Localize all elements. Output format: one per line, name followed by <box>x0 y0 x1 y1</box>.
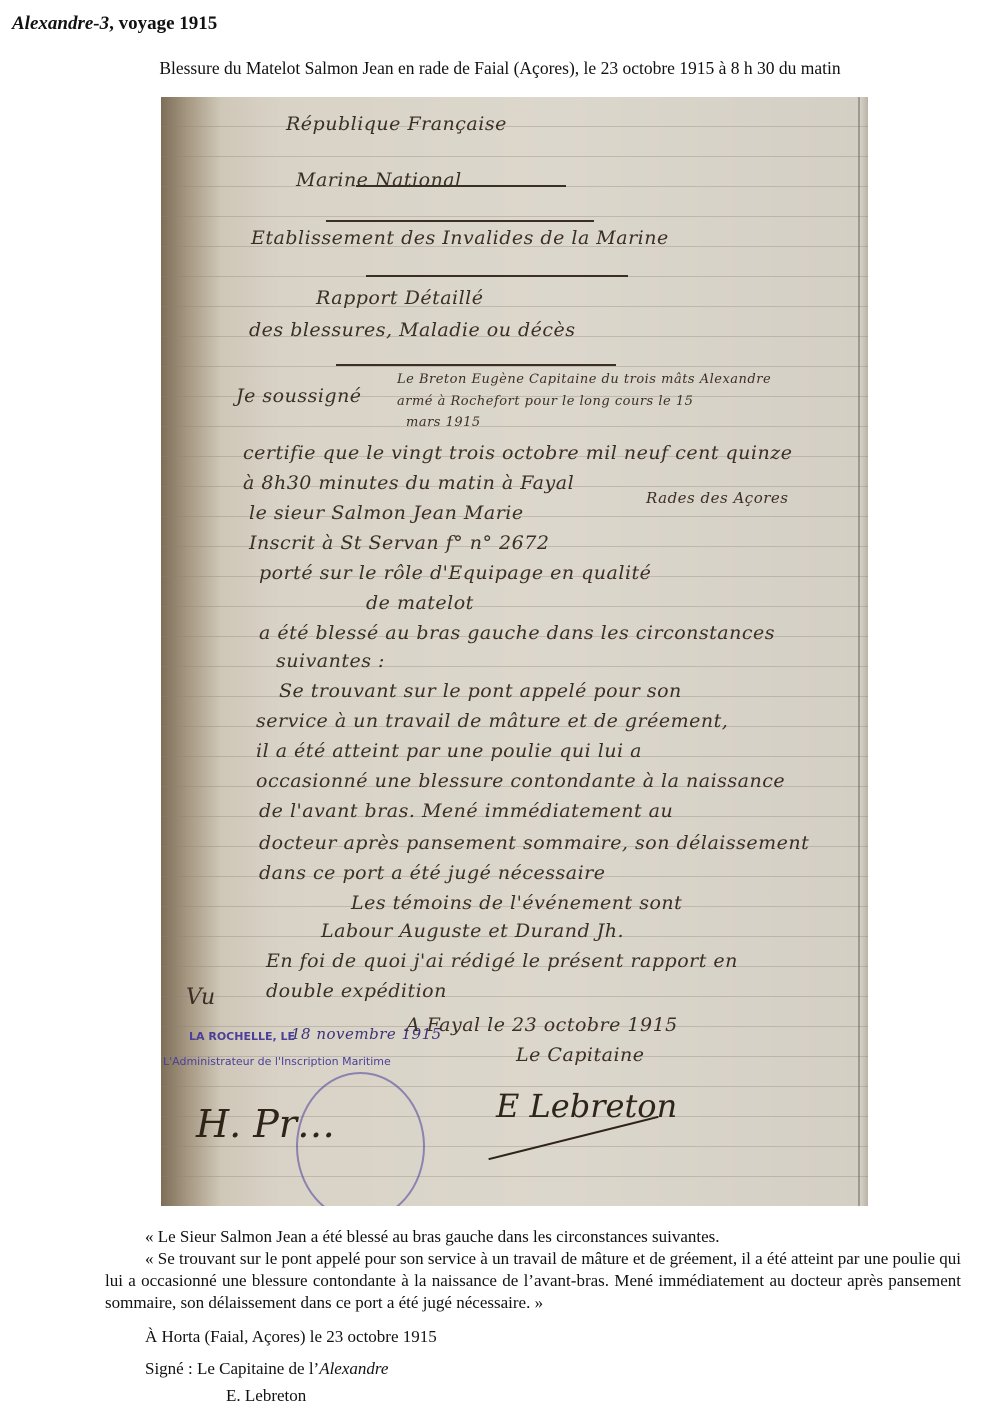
document-subtitle: Blessure du Matelot Salmon Jean en rade … <box>0 57 1000 79</box>
transcription: « Le Sieur Salmon Jean a été blessé au b… <box>105 1226 961 1314</box>
hw-line: mars 1915 <box>406 415 481 430</box>
divider <box>366 275 628 277</box>
handwritten-text: République Française Marine National Eta… <box>161 97 868 1206</box>
hw-line: A Fayal le 23 octobre 1915 <box>406 1014 678 1036</box>
hw-line: double expédition <box>266 980 447 1002</box>
stamp-la-rochelle: LA ROCHELLE, LE <box>189 1030 295 1043</box>
signed-line: Signé : Le Capitaine de l’Alexandre <box>145 1358 388 1380</box>
hw-line: le sieur Salmon Jean Marie <box>249 502 524 524</box>
hw-line: service à un travail de mâture et de gré… <box>256 710 728 732</box>
hw-line: Le Capitaine <box>516 1044 645 1066</box>
hw-line: Rades des Açores <box>646 489 788 507</box>
hw-line: Le Breton Eugène Capitaine du trois mâts… <box>397 372 771 387</box>
stamp-administrateur: L'Administrateur de l'Inscription Mariti… <box>163 1055 391 1068</box>
hw-vu: Vu <box>186 985 216 1010</box>
divider <box>336 364 616 366</box>
heading-voyage: , voyage 1915 <box>109 13 217 34</box>
hw-line: suivantes : <box>276 650 385 672</box>
hw-line: Les témoins de l'événement sont <box>351 892 682 914</box>
hw-blessures: des blessures, Maladie ou décès <box>249 319 576 341</box>
place-date: À Horta (Faial, Açores) le 23 octobre 19… <box>145 1326 437 1348</box>
hw-marine-national: Marine National <box>296 169 462 191</box>
hw-line: à 8h30 minutes du matin à Fayal <box>243 472 574 494</box>
handwritten-report-photo: République Française Marine National Eta… <box>161 97 868 1206</box>
hw-line: de l'avant bras. Mené immédiatement au <box>259 800 673 822</box>
hw-line: En foi de quoi j'ai rédigé le présent ra… <box>266 950 738 972</box>
stamp-date-handwritten: 18 novembre 1915 <box>291 1025 442 1043</box>
hw-line: a été blessé au bras gauche dans les cir… <box>259 622 775 644</box>
hw-line: de matelot <box>366 592 474 614</box>
hw-soussigne: Je soussigné <box>236 385 362 407</box>
hw-rapport: Rapport Détaillé <box>316 287 484 309</box>
signature-administrator: H. Pr… <box>196 1102 335 1146</box>
ship-name: Alexandre-3 <box>12 13 109 34</box>
divider <box>326 220 594 222</box>
hw-etablissement: Etablissement des Invalides de la Marine <box>251 227 669 249</box>
transcript-paragraph-2: « Se trouvant sur le pont appelé pour so… <box>105 1248 961 1314</box>
signed-prefix: Signé : Le Capitaine de l’ <box>145 1359 319 1378</box>
hw-line: armé à Rochefort pour le long cours le 1… <box>397 394 693 409</box>
page-heading: Alexandre-3, voyage 1915 <box>12 12 217 36</box>
hw-line: porté sur le rôle d'Equipage en qualité <box>259 562 651 584</box>
hw-line: occasionné une blessure contondante à la… <box>256 770 785 792</box>
signed-ship: Alexandre <box>319 1359 388 1378</box>
hw-line: certifie que le vingt trois octobre mil … <box>243 442 792 464</box>
hw-line: il a été atteint par une poulie qui lui … <box>256 740 642 762</box>
hw-line: docteur après pansement sommaire, son dé… <box>259 832 809 854</box>
hw-republique: République Française <box>286 113 507 135</box>
hw-line: Labour Auguste et Durand Jh. <box>321 920 624 942</box>
transcript-paragraph-1: « Le Sieur Salmon Jean a été blessé au b… <box>105 1226 961 1248</box>
hw-line: Inscrit à St Servan f° n° 2672 <box>249 532 549 554</box>
signatory-name: E. Lebreton <box>226 1385 306 1407</box>
hw-line: dans ce port a été jugé nécessaire <box>259 862 606 884</box>
hw-line: Se trouvant sur le pont appelé pour son <box>279 680 682 702</box>
